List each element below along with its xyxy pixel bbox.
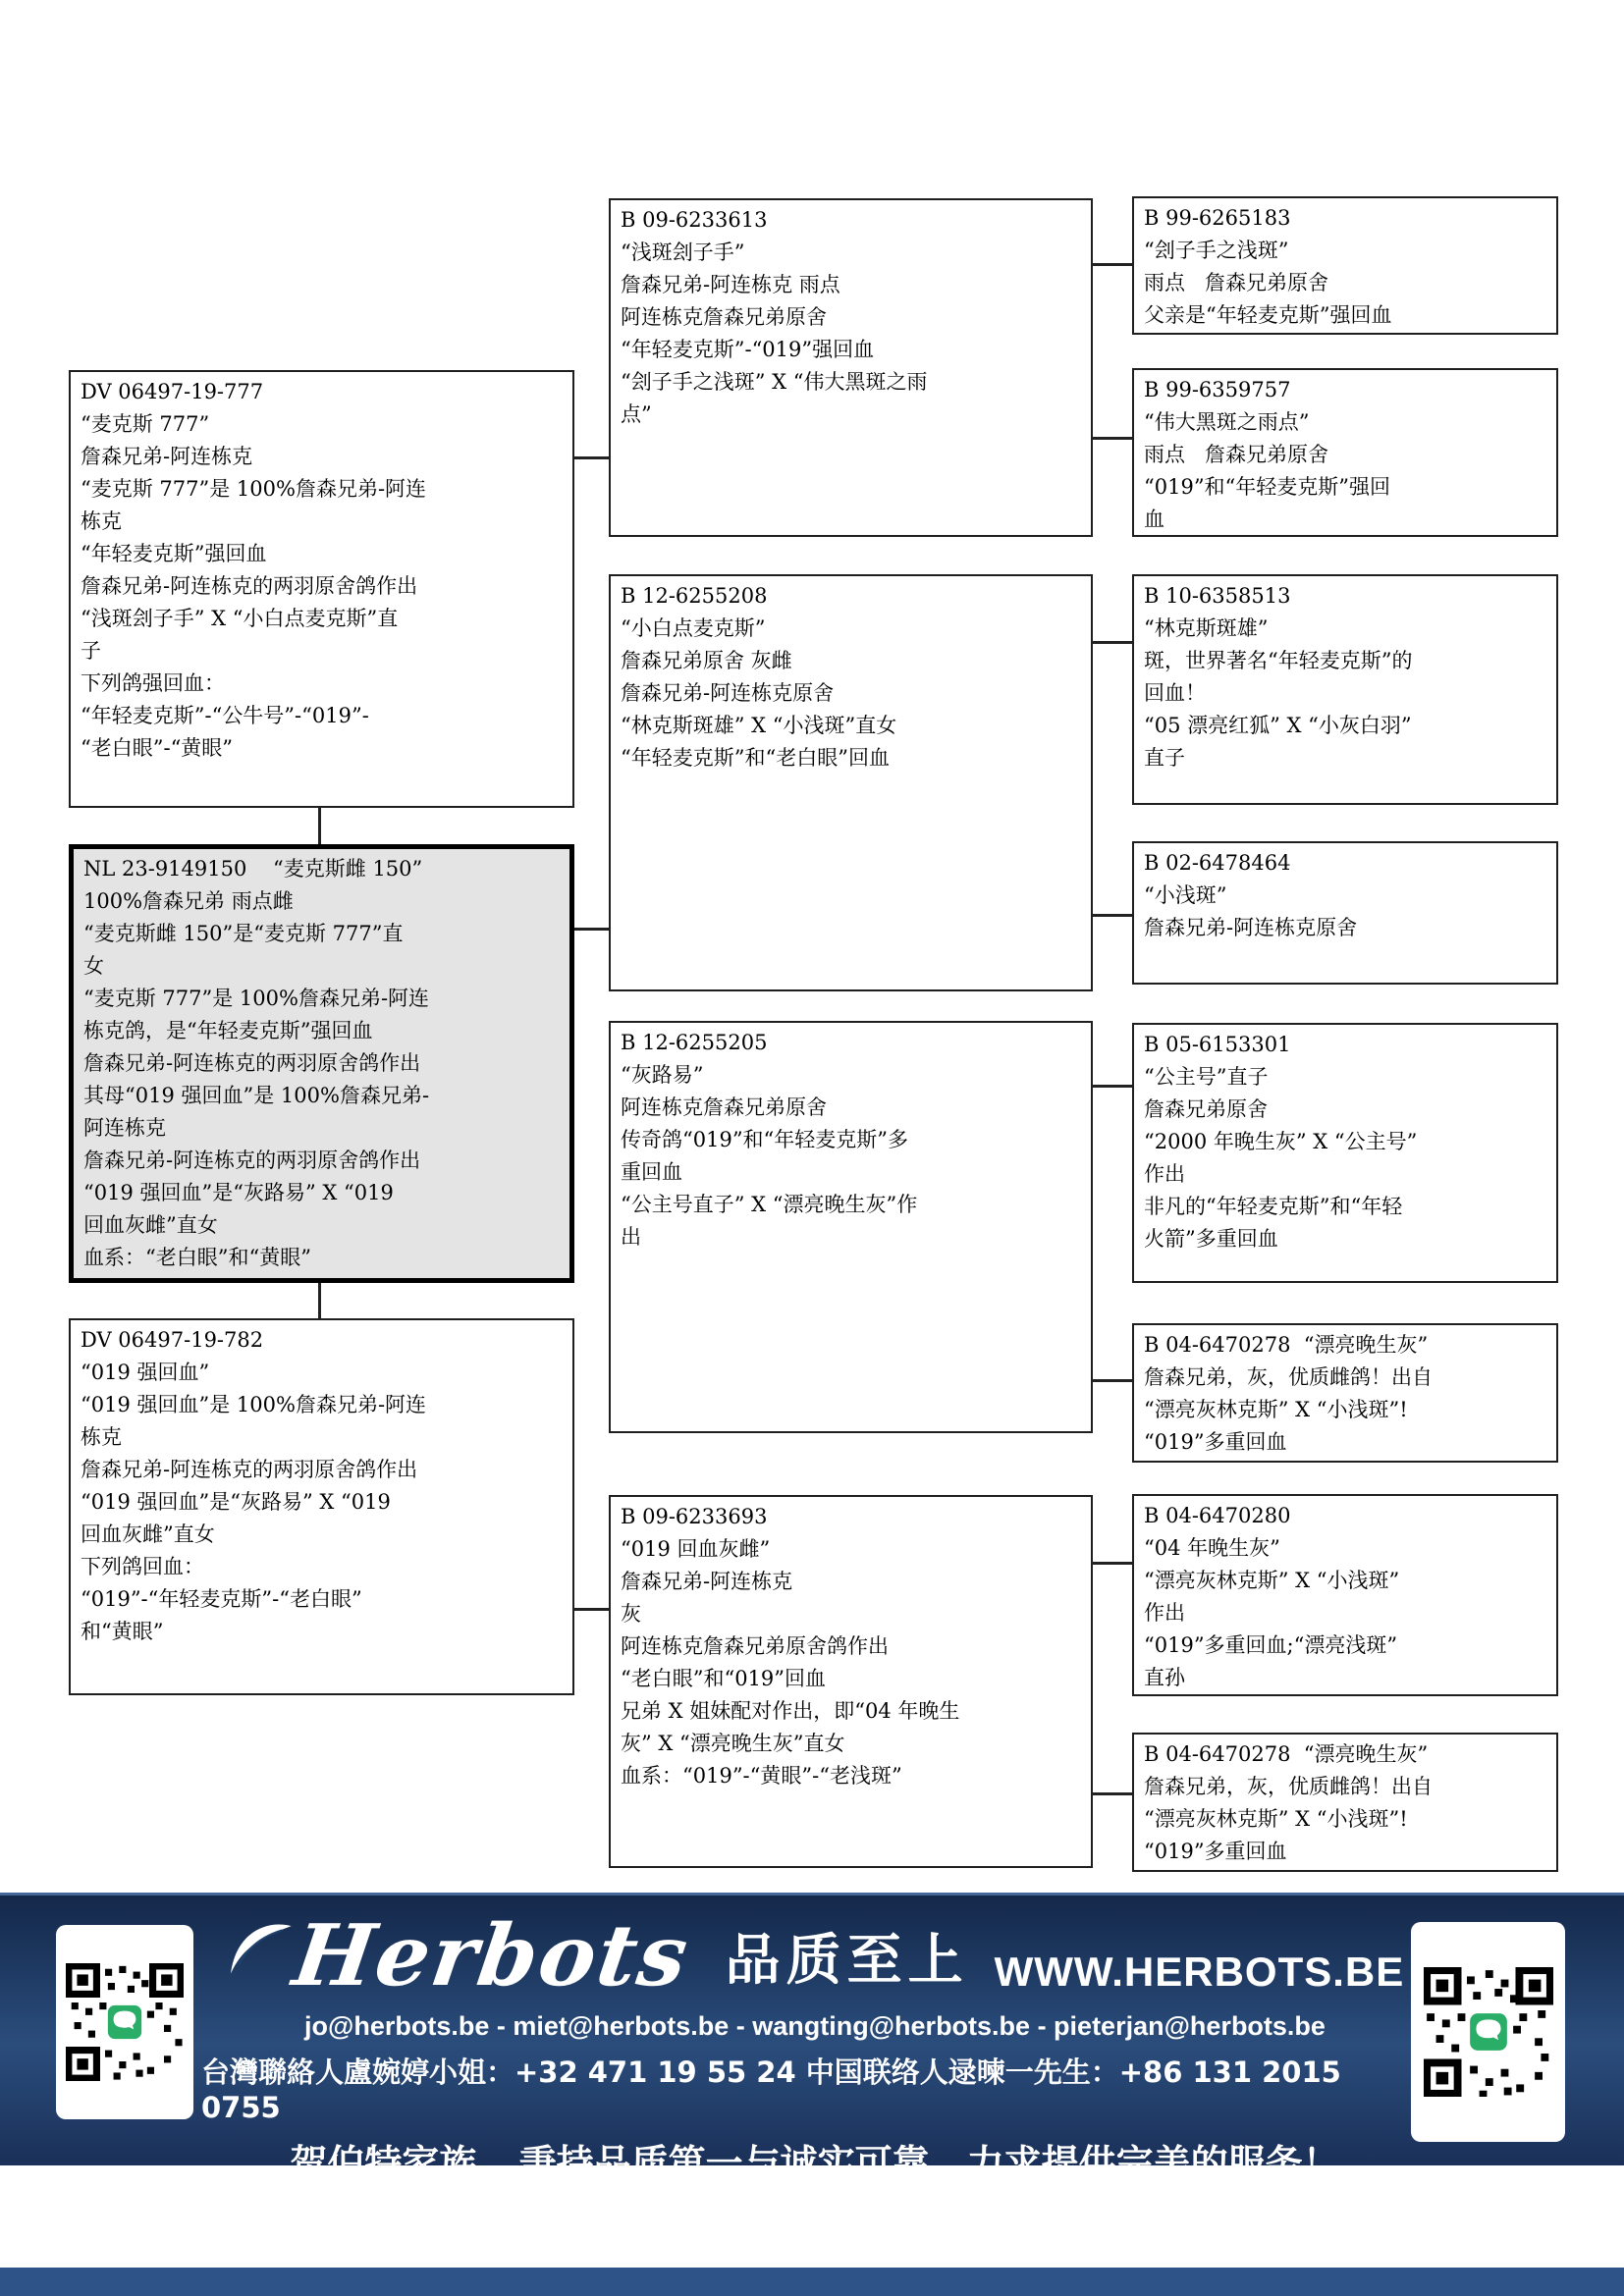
connector-line	[1092, 1085, 1132, 1088]
connector-line	[574, 1608, 609, 1611]
footer-content: Herbots 品质至上 WWW.HERBOTS.BE jo@herbots.b…	[201, 1901, 1429, 2187]
connector-line	[1092, 1379, 1132, 1382]
connector-line	[1092, 914, 1132, 917]
pedigree-page: DV 06497-19-777 “麦克斯 777” 詹森兄弟-阿连栋克 “麦克斯…	[0, 0, 1624, 2296]
website-url: WWW.HERBOTS.BE	[995, 1949, 1405, 1996]
pedigree-box-mother: DV 06497-19-782 “019 强回血” “019 强回血”是 100…	[69, 1318, 574, 1695]
qr-pattern-icon	[1424, 1967, 1553, 2097]
wechat-qr-code-left	[56, 1925, 193, 2119]
connector-line	[1092, 1792, 1132, 1795]
herbots-logo: Herbots	[289, 1914, 694, 1999]
connector-line	[574, 928, 609, 931]
pedigree-box-granddam-paternal: B 12-6255208 “小白点麦克斯” 詹森兄弟原舍 灰雌 詹森兄弟-阿连栋…	[609, 574, 1093, 991]
feather-icon	[220, 1917, 300, 1980]
footer-tagline: 贺伯特家族...秉持品质第一与诚实可靠，力求提供完美的服务！	[290, 2133, 1339, 2187]
connector-line	[1092, 1562, 1132, 1565]
pedigree-box-greatgrandparent-3: B 10-6358513 “林克斯斑雄” 斑，世界著名“年轻麦克斯”的 回血！ …	[1132, 574, 1558, 805]
connector-line	[318, 808, 321, 844]
connector-line	[318, 1283, 321, 1318]
contact-phone-line: 台灣聯絡人盧婉婷小姐：+32 471 19 55 24 中国联络人逯暕一先生：+…	[201, 2051, 1429, 2124]
pedigree-box-grandsire-paternal: B 09-6233613 “浅斑刽子手” 詹森兄弟-阿连栋克 雨点 阿连栋克詹森…	[609, 198, 1093, 537]
pedigree-box-greatgrandparent-1: B 99-6265183 “刽子手之浅斑” 雨点 詹森兄弟原舍 父亲是“年轻麦克…	[1132, 196, 1558, 335]
bottom-blue-strip	[0, 2268, 1624, 2296]
slogan-text: 品质至上	[726, 1917, 969, 1996]
qr-pattern-icon	[66, 1963, 184, 2081]
footer-banner: Herbots 品质至上 WWW.HERBOTS.BE jo@herbots.b…	[0, 1893, 1624, 2165]
connector-line	[1092, 641, 1132, 644]
email-addresses: jo@herbots.be - miet@herbots.be - wangti…	[304, 2011, 1326, 2042]
pedigree-box-greatgrandparent-4: B 02-6478464 “小浅斑” 詹森兄弟-阿连栋克原舍	[1132, 841, 1558, 985]
brand-row: Herbots 品质至上 WWW.HERBOTS.BE	[226, 1901, 1405, 2011]
pedigree-box-greatgrandparent-2: B 99-6359757 “伟大黑斑之雨点” 雨点 詹森兄弟原舍 “019”和“…	[1132, 368, 1558, 537]
wechat-qr-code-right	[1411, 1922, 1565, 2142]
pedigree-box-grandsire-maternal: B 12-6255205 “灰路易” 阿连栋克詹森兄弟原舍 传奇鸽“019”和“…	[609, 1021, 1093, 1433]
pedigree-box-subject: NL 23-9149150 “麦克斯雌 150” 100%詹森兄弟 雨点雌 “麦…	[69, 844, 574, 1283]
pedigree-box-father: DV 06497-19-777 “麦克斯 777” 詹森兄弟-阿连栋克 “麦克斯…	[69, 370, 574, 808]
connector-line	[574, 456, 609, 459]
connector-line	[1092, 437, 1132, 440]
pedigree-box-greatgrandparent-6: B 04-6470278 “漂亮晚生灰” 詹森兄弟，灰，优质雌鸽！出自 “漂亮灰…	[1132, 1323, 1558, 1463]
connector-line	[1092, 263, 1132, 266]
pedigree-box-granddam-maternal: B 09-6233693 “019 回血灰雌” 詹森兄弟-阿连栋克 灰 阿连栋克…	[609, 1495, 1093, 1868]
pedigree-box-greatgrandparent-7: B 04-6470280 “04 年晚生灰” “漂亮灰林克斯” X “小浅斑” …	[1132, 1494, 1558, 1696]
pedigree-box-greatgrandparent-5: B 05-6153301 “公主号”直子 詹森兄弟原舍 “2000 年晚生灰” …	[1132, 1023, 1558, 1283]
pedigree-box-greatgrandparent-8: B 04-6470278 “漂亮晚生灰” 詹森兄弟，灰，优质雌鸽！出自 “漂亮灰…	[1132, 1733, 1558, 1872]
